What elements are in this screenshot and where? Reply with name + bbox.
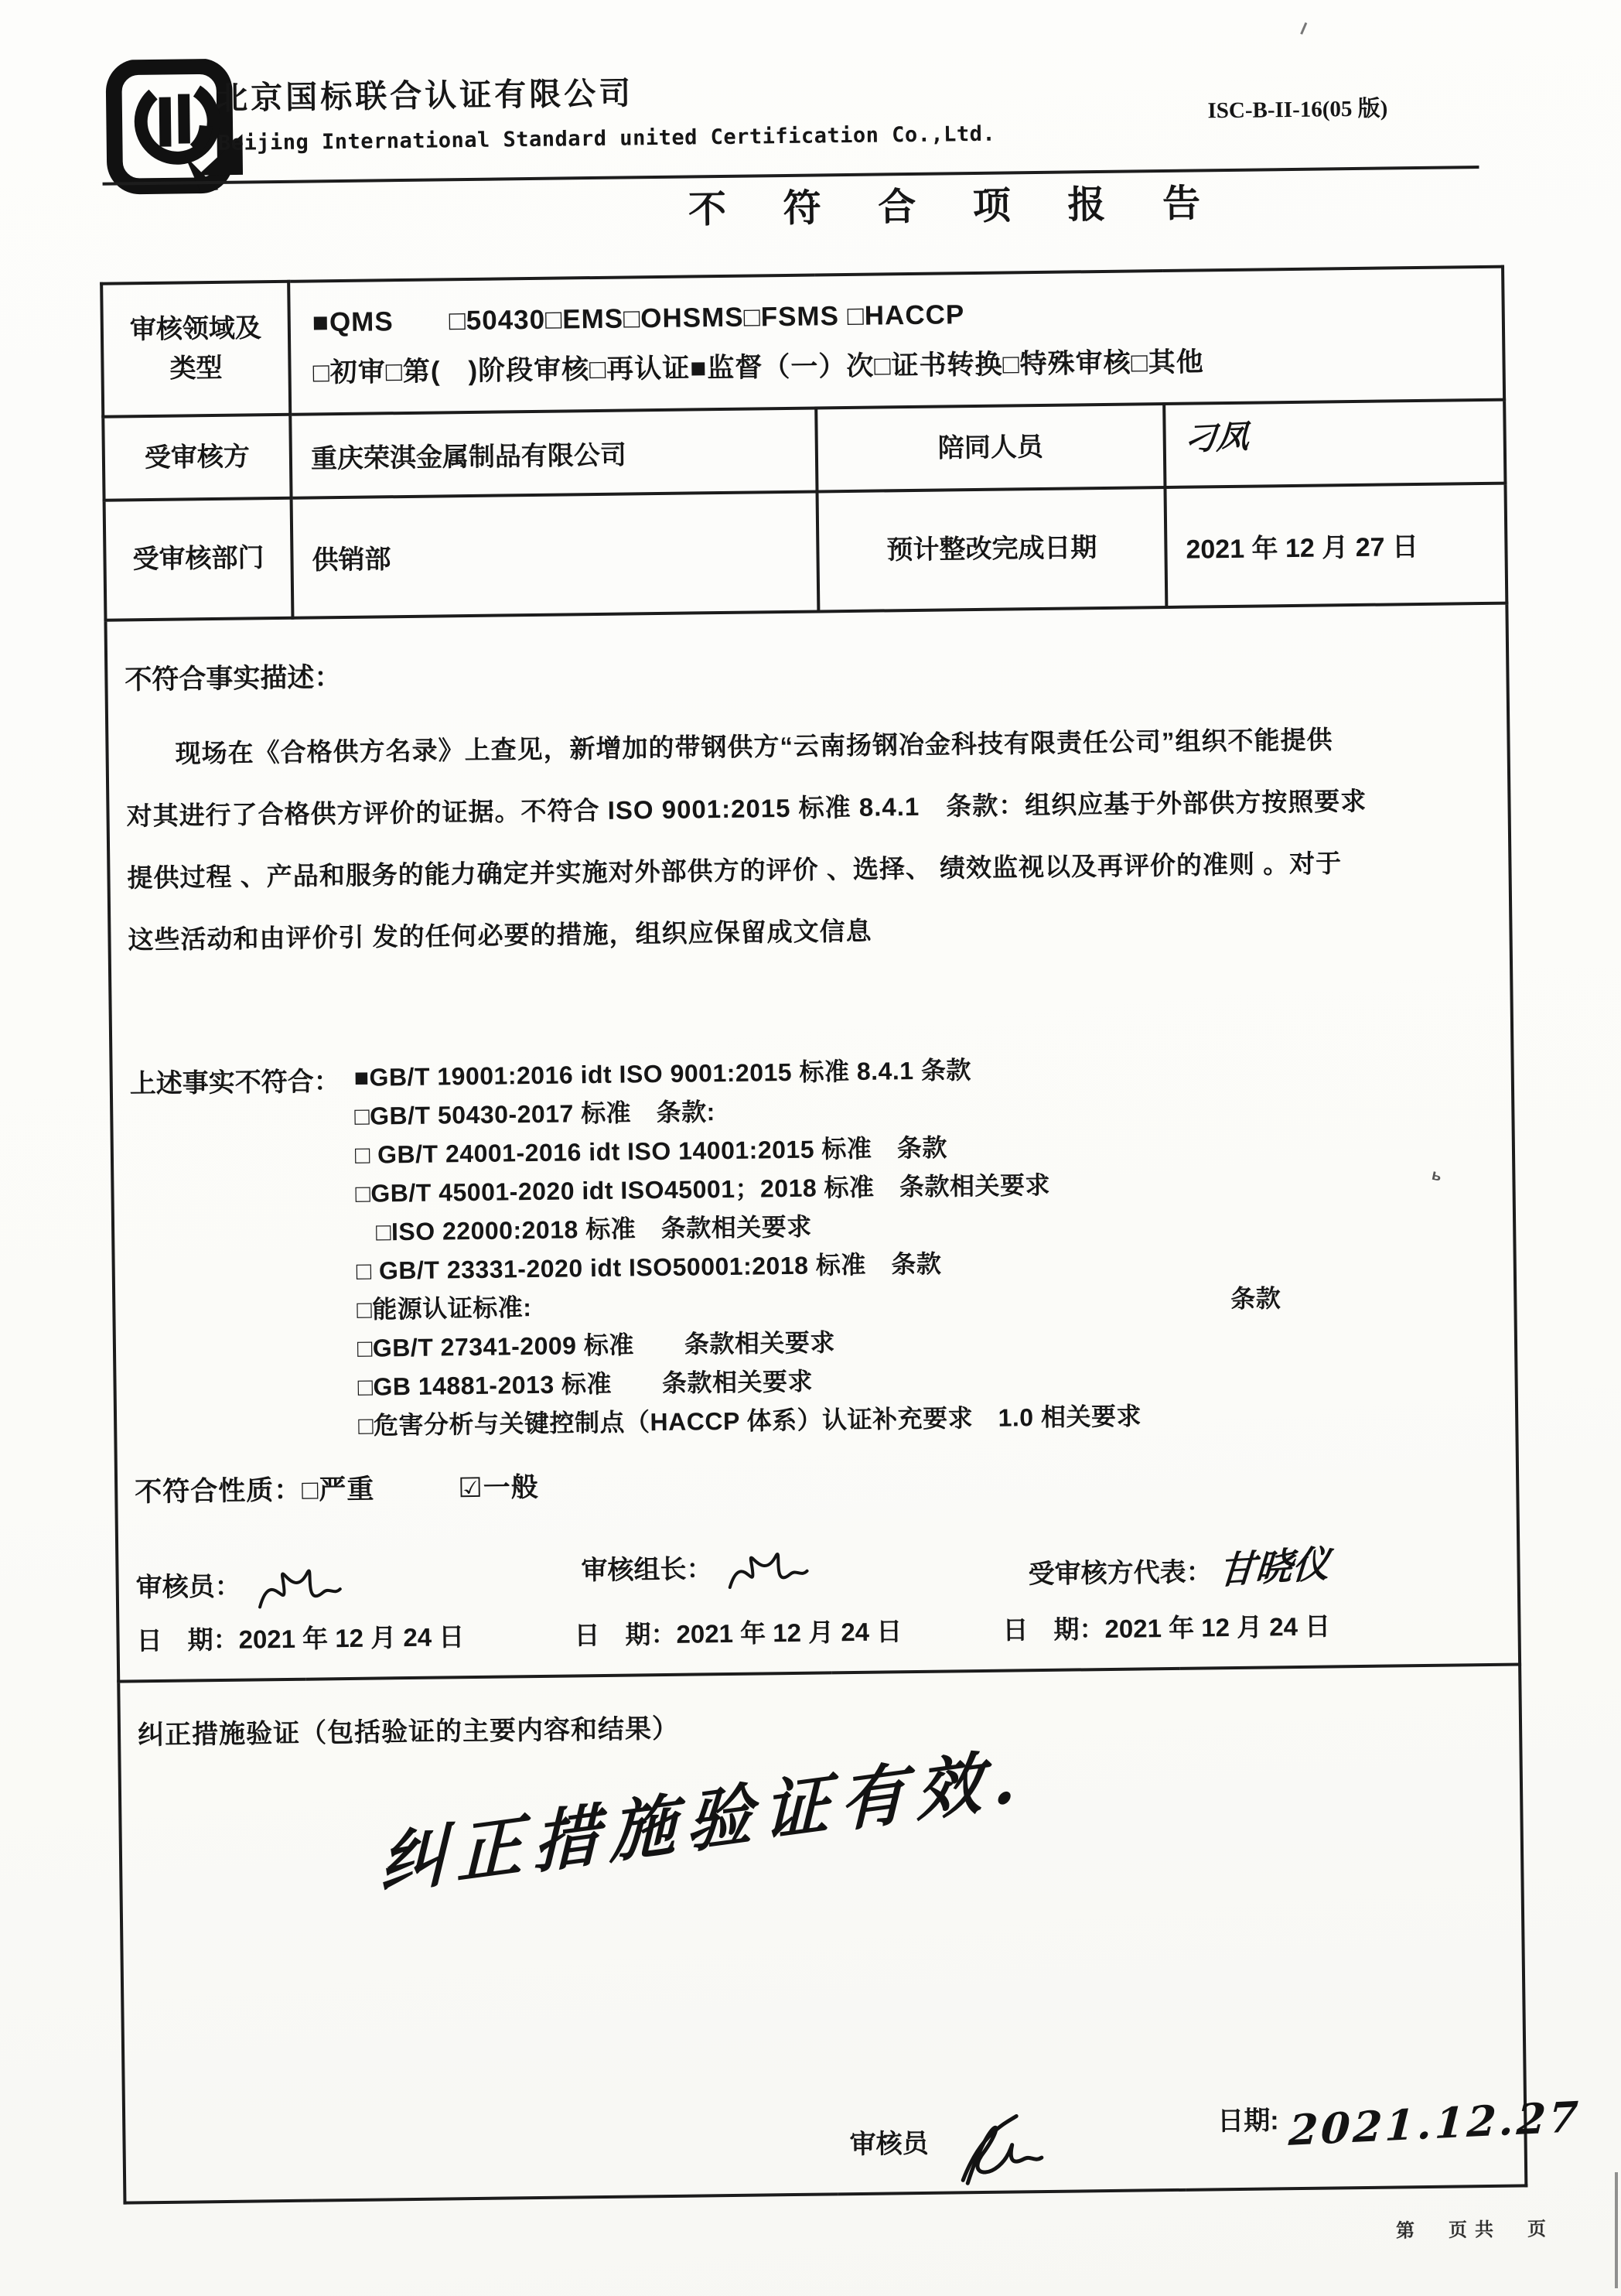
scanned-nonconformity-report: 北京国标联合认证有限公司 Beijing International Stand…: [0, 0, 1621, 2296]
representative-handwritten-name: 甘晓仪: [1217, 1533, 1332, 1594]
verification-heading: 纠正措施验证（包括验证的主要内容和结果）: [138, 1707, 680, 1752]
verification-row: 纠正措施验证（包括验证的主要内容和结果） 纠正措施验证有效. 审核员 日期: 2…: [118, 1665, 1526, 2203]
companion-value-cell: 刁凤: [1164, 400, 1505, 487]
form-code: ISC-B-II-16(05 版): [1207, 91, 1387, 125]
companion-handwritten-name: 刁凤: [1183, 403, 1251, 460]
auditor-date: 日 期：2021 年 12 月 24 日: [136, 1617, 464, 1657]
department-row: 受审核部门 供销部 预计整改完成日期 2021 年 12 月 27 日: [104, 483, 1507, 620]
scan-speck: ь: [1428, 1156, 1445, 1196]
standard-item-clause-suffix: 条款: [1230, 1279, 1281, 1318]
company-name-en: Beijing International Standard united Ce…: [218, 122, 996, 155]
company-name-cn: 北京国标联合认证有限公司: [216, 67, 634, 118]
team-leader-label: 审核组长：: [581, 1554, 712, 1585]
scan-speck: [1300, 22, 1307, 35]
auditor-signature: [249, 1555, 350, 1628]
nonconformity-cell: 不符合事实描述： 现场在《合格供方名录》上查见，新增加的带钢供方“云南扬钢冶金科…: [105, 603, 1520, 1682]
scope-row: 审核领域及 类型 ■QMS □50430□EMS□OHSMS□FSMS □HAC…: [101, 267, 1504, 417]
standards-checklist: ■GB/T 19001:2016 idt ISO 9001:2015 标准 8.…: [353, 1044, 1503, 1445]
representative-label: 受审核方代表：: [1028, 1557, 1212, 1589]
standards-heading: 上述事实不符合：: [129, 1060, 340, 1100]
nonconformity-row: 不符合事实描述： 现场在《合格供方名录》上查见，新增加的带钢供方“云南扬钢冶金科…: [105, 603, 1520, 1682]
verification-auditor-group: 审核员: [849, 2105, 1053, 2192]
companion-label: 陪同人员: [816, 404, 1165, 491]
page-number-note: 第 页共 页: [1396, 2213, 1554, 2242]
team-leader-signature: [721, 1540, 814, 1608]
representative-date: 日 期：2021 年 12 月 24 日: [1002, 1606, 1330, 1646]
description-heading: 不符合事实描述：: [125, 656, 342, 697]
scope-audit-type-checkboxes: □初审□第( )阶段审核□再认证■监督（一）次□证书转换□特殊审核□其他: [312, 345, 1494, 387]
verification-auditor-signature: [936, 2105, 1053, 2192]
scope-value-cell: ■QMS □50430□EMS□OHSMS□FSMS □HACCP □初审□第(…: [288, 267, 1504, 415]
report-form-table: 审核领域及 类型 ■QMS □50430□EMS□OHSMS□FSMS □HAC…: [100, 265, 1527, 2205]
scope-label-line1: 审核领域及: [104, 309, 288, 350]
verification-date-group: 日期: 2021.12.27: [1217, 2096, 1582, 2151]
auditor-signature-group: 审核员：: [135, 1555, 350, 1628]
auditor-label: 审核员：: [136, 1572, 241, 1603]
verification-handwritten-note: 纠正措施验证有效.: [380, 1723, 1027, 1907]
description-paragraph: 现场在《合格供方名录》上查见，新增加的带钢供方“云南扬钢冶金科技有限责任公司”组…: [125, 707, 1496, 972]
verification-handwritten-date: 2021.12.27: [1287, 2092, 1582, 2155]
verification-date-label: 日期:: [1217, 2106, 1279, 2136]
page-title: 不 符 合 项 报 告: [688, 173, 1224, 234]
verification-cell: 纠正措施验证（包括验证的主要内容和结果） 纠正措施验证有效. 审核员 日期: 2…: [118, 1665, 1526, 2203]
team-leader-signature-group: 审核组长：: [581, 1540, 814, 1610]
scope-label-line2: 类型: [104, 348, 288, 390]
scope-label-cell: 审核领域及 类型: [101, 282, 290, 417]
representative-signature-group: 受审核方代表： 甘晓仪: [1028, 1536, 1330, 1594]
auditee-value: 重庆荣淇金属制品有限公司: [290, 408, 817, 498]
team-leader-date: 日 期：2021 年 12 月 24 日: [574, 1611, 902, 1652]
paper-sheet: 北京国标联合认证有限公司 Beijing International Stand…: [0, 0, 1621, 2296]
verification-auditor-label: 审核员: [849, 2129, 928, 2159]
department-value: 供销部: [292, 491, 819, 617]
scan-edge-artifact: [1615, 2172, 1618, 2288]
department-label: 受审核部门: [104, 498, 293, 620]
deadline-value: 2021 年 12 月 27 日: [1165, 483, 1507, 607]
deadline-label: 预计整改完成日期: [817, 487, 1167, 611]
auditee-label: 受审核方: [103, 415, 291, 501]
scope-systems-checkboxes: ■QMS □50430□EMS□OHSMS□FSMS □HACCP: [312, 295, 1494, 337]
severity-checkboxes: 不符合性质：□严重 ☑一般: [135, 1466, 539, 1509]
